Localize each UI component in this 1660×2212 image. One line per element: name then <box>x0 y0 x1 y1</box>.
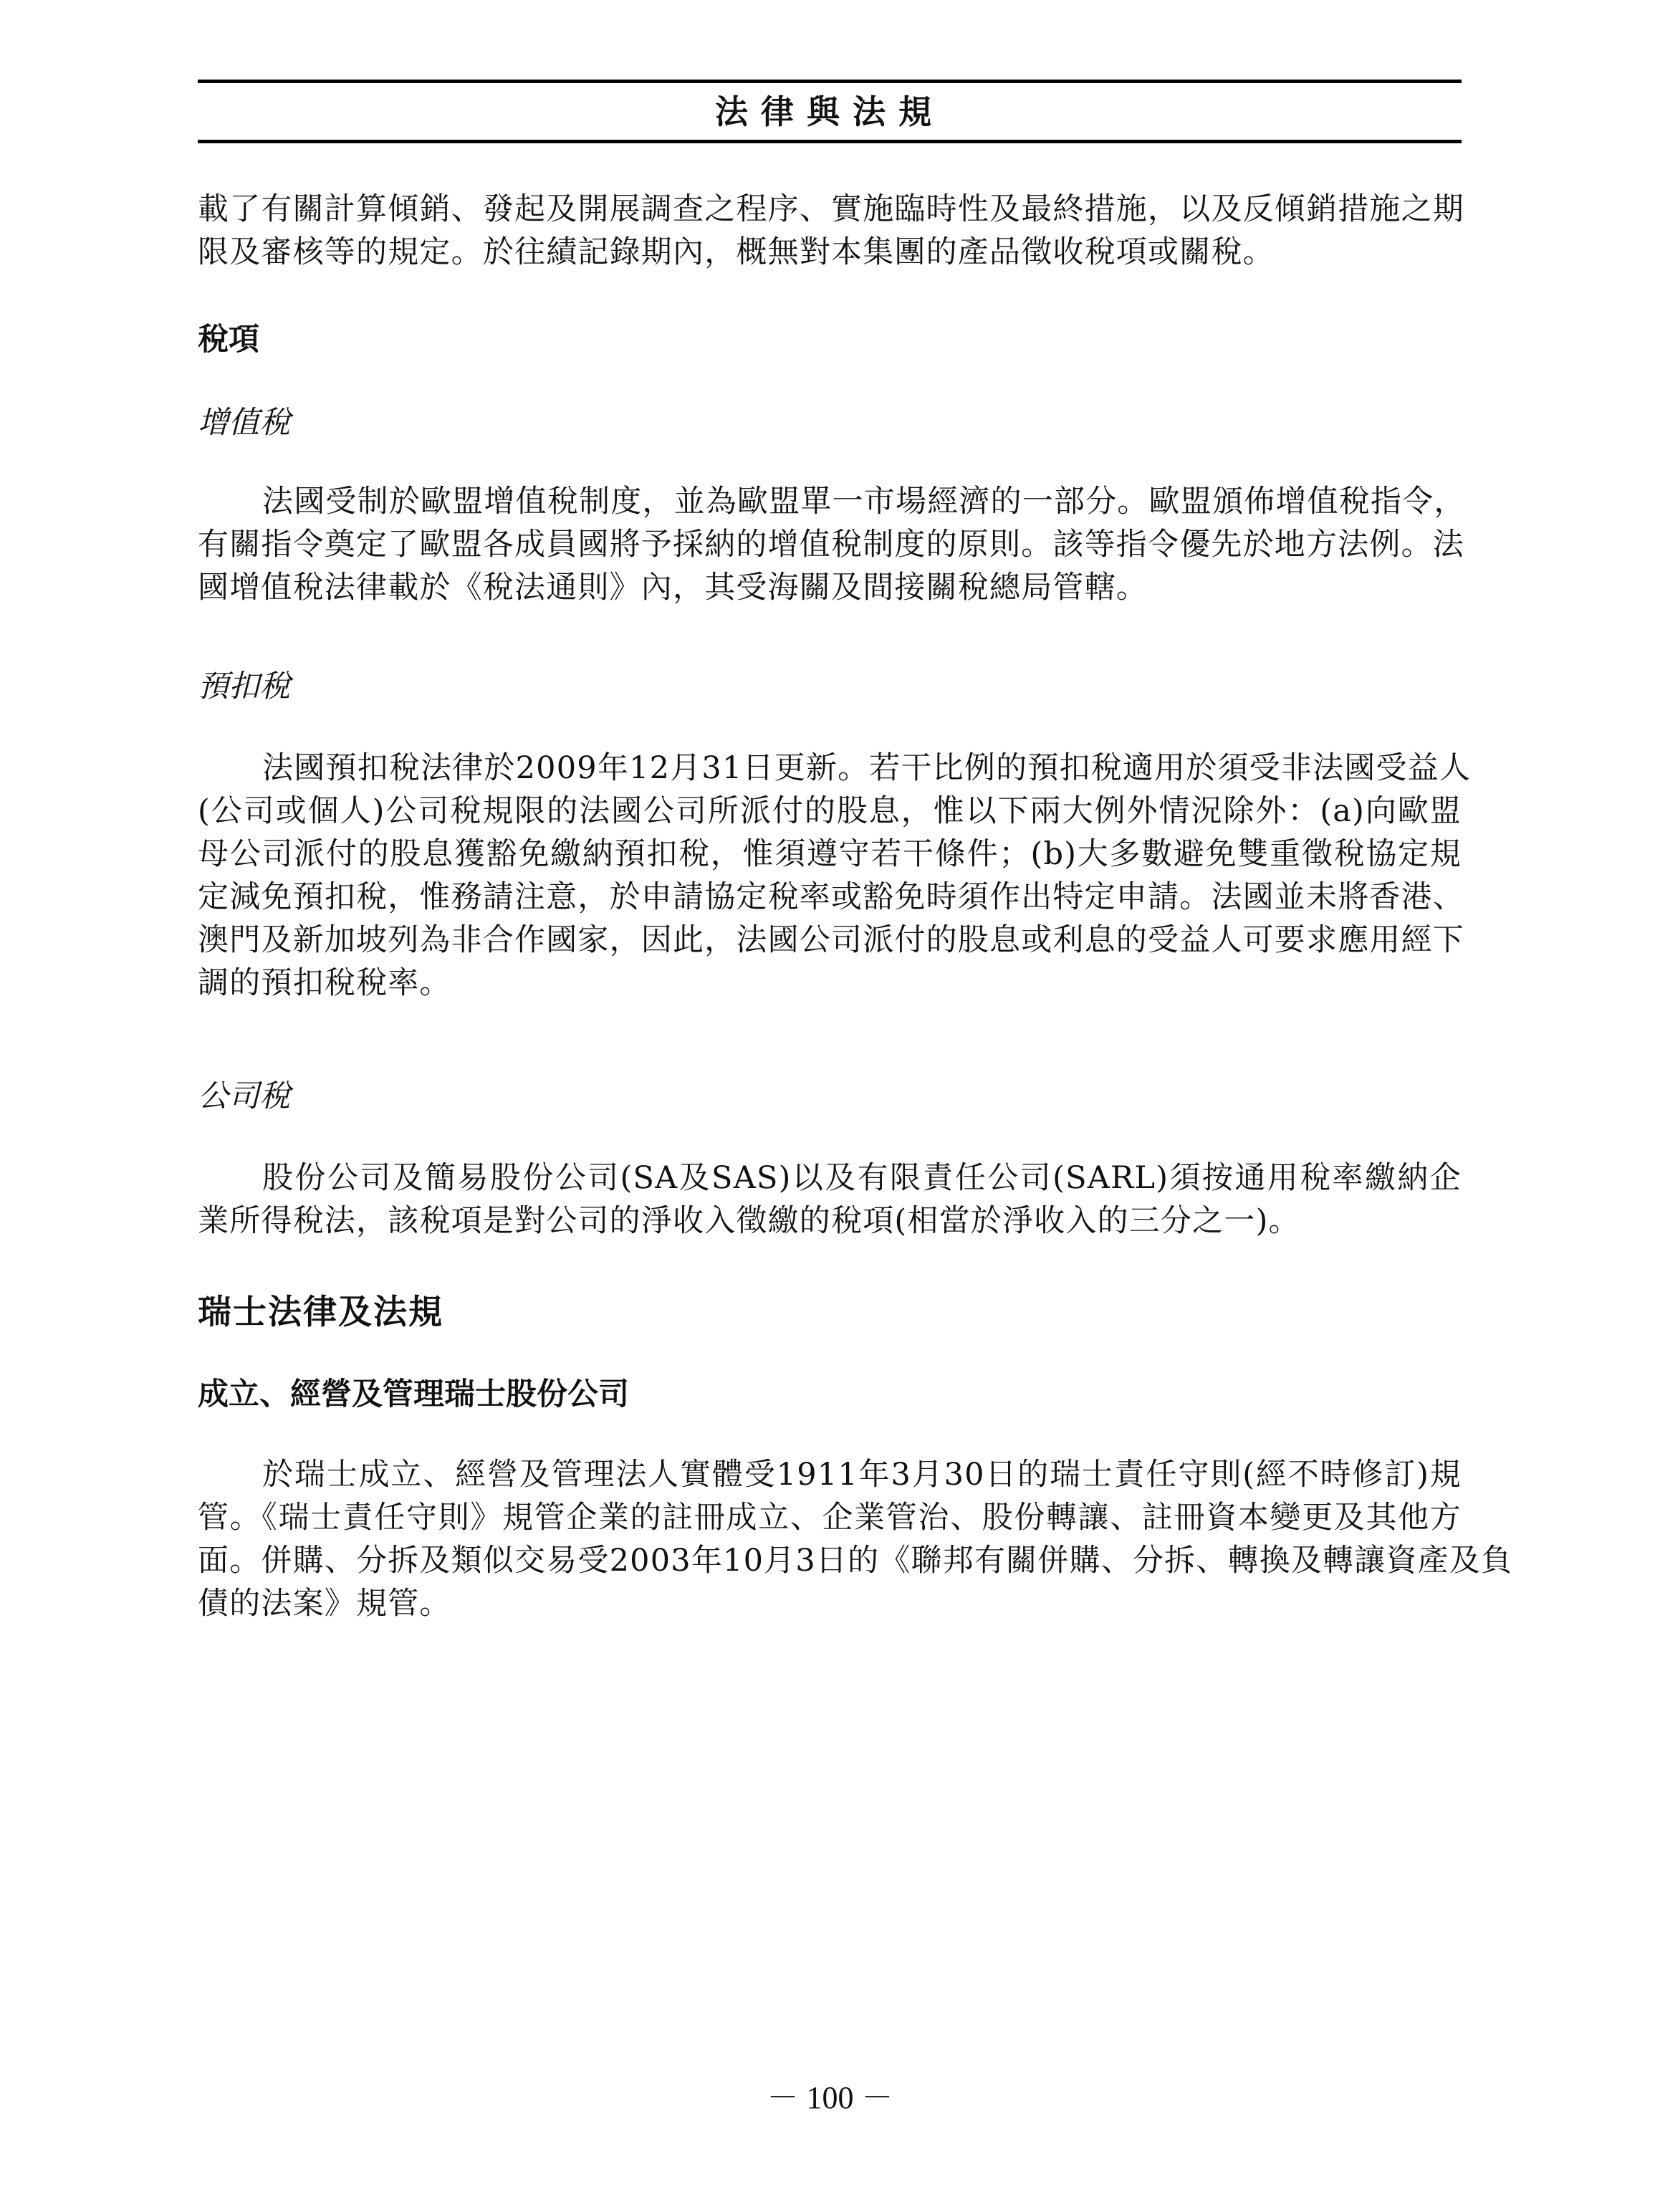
header-top-rule <box>198 80 1462 83</box>
paragraph-line: 股份公司及簡易股份公司(SA及SAS)以及有限責任公司(SARL)須按通用稅率繳… <box>198 1157 1462 1200</box>
subheading-swiss-company: 成立、經營及管理瑞士股份公司 <box>198 1373 1462 1416</box>
heading-text: 稅項 <box>198 318 1462 361</box>
paragraph-line: 母公司派付的股息獲豁免繳納預扣稅，惟須遵守若干條件；(b)大多數避免雙重徵稅協定… <box>198 833 1462 876</box>
subheading-corporate-tax: 公司稅 <box>198 1075 1462 1118</box>
page-number: － 100 － <box>0 2077 1660 2120</box>
heading-text: 預扣稅 <box>198 665 1462 708</box>
paragraph-line: 於瑞士成立、經營及管理法人實體受1911年3月30日的瑞士責任守則(經不時修訂)… <box>198 1453 1462 1496</box>
paragraph-line: 有關指令奠定了歐盟各成員國將予採納的增值稅制度的原則。該等指令優先於地方法例。法 <box>198 523 1462 566</box>
paragraph-line: 定減免預扣稅，惟務請注意，於申請協定稅率或豁免時須作出特定申請。法國並未將香港、 <box>198 876 1462 919</box>
section-heading-swiss-laws: 瑞士法律及法規 <box>198 1290 1462 1336</box>
vat-paragraph: 法國受制於歐盟增值稅制度，並為歐盟單一市場經濟的一部分。歐盟頒佈增值稅指令， 有… <box>198 480 1462 609</box>
paragraph-line: 載了有關計算傾銷、發起及開展調查之程序、實施臨時性及最終措施，以及反傾銷措施之期 <box>198 188 1462 231</box>
withholding-tax-paragraph: 法國預扣稅法律於2009年12月31日更新。若干比例的預扣稅適用於須受非法國受益… <box>198 747 1462 1005</box>
paragraph-line: 業所得稅法，該稅項是對公司的淨收入徵繳的稅項(相當於淨收入的三分之一)。 <box>198 1200 1462 1243</box>
heading-text: 成立、經營及管理瑞士股份公司 <box>198 1373 1462 1416</box>
header-bottom-rule <box>198 140 1462 143</box>
heading-text: 增值稅 <box>198 401 1462 444</box>
corporate-tax-paragraph: 股份公司及簡易股份公司(SA及SAS)以及有限責任公司(SARL)須按通用稅率繳… <box>198 1157 1462 1243</box>
paragraph-line: 法國預扣稅法律於2009年12月31日更新。若干比例的預扣稅適用於須受非法國受益… <box>198 747 1462 790</box>
paragraph-line: (公司或個人)公司稅規限的法國公司所派付的股息，惟以下兩大例外情況除外：(a)向… <box>198 790 1462 833</box>
paragraph-line: 面。併購、分拆及類似交易受2003年10月3日的《聯邦有關併購、分拆、轉換及轉讓… <box>198 1539 1462 1582</box>
section-heading-taxation: 稅項 <box>198 318 1462 361</box>
subheading-vat: 增值稅 <box>198 401 1462 444</box>
paragraph-line: 國增值稅法律載於《稅法通則》內，其受海關及間接關稅總局管轄。 <box>198 566 1462 609</box>
paragraph-line: 限及審核等的規定。於往績記錄期內，概無對本集團的產品徵收稅項或關稅。 <box>198 231 1462 274</box>
paragraph-line: 債的法案》規管。 <box>198 1582 1462 1625</box>
page-title: 法律與法規 <box>198 89 1462 135</box>
paragraph-line: 調的預扣稅稅率。 <box>198 962 1462 1005</box>
swiss-company-paragraph: 於瑞士成立、經營及管理法人實體受1911年3月30日的瑞士責任守則(經不時修訂)… <box>198 1453 1462 1625</box>
subheading-withholding-tax: 預扣稅 <box>198 665 1462 708</box>
paragraph-line: 管。《瑞士責任守則》規管企業的註冊成立、企業管治、股份轉讓、註冊資本變更及其他方 <box>198 1496 1462 1539</box>
paragraph-line: 法國受制於歐盟增值稅制度，並為歐盟單一市場經濟的一部分。歐盟頒佈增值稅指令， <box>198 480 1462 523</box>
intro-paragraph: 載了有關計算傾銷、發起及開展調查之程序、實施臨時性及最終措施，以及反傾銷措施之期… <box>198 188 1462 274</box>
heading-text: 瑞士法律及法規 <box>198 1290 1462 1336</box>
paragraph-line: 澳門及新加坡列為非合作國家，因此，法國公司派付的股息或利息的受益人可要求應用經下 <box>198 919 1462 962</box>
heading-text: 公司稅 <box>198 1075 1462 1118</box>
